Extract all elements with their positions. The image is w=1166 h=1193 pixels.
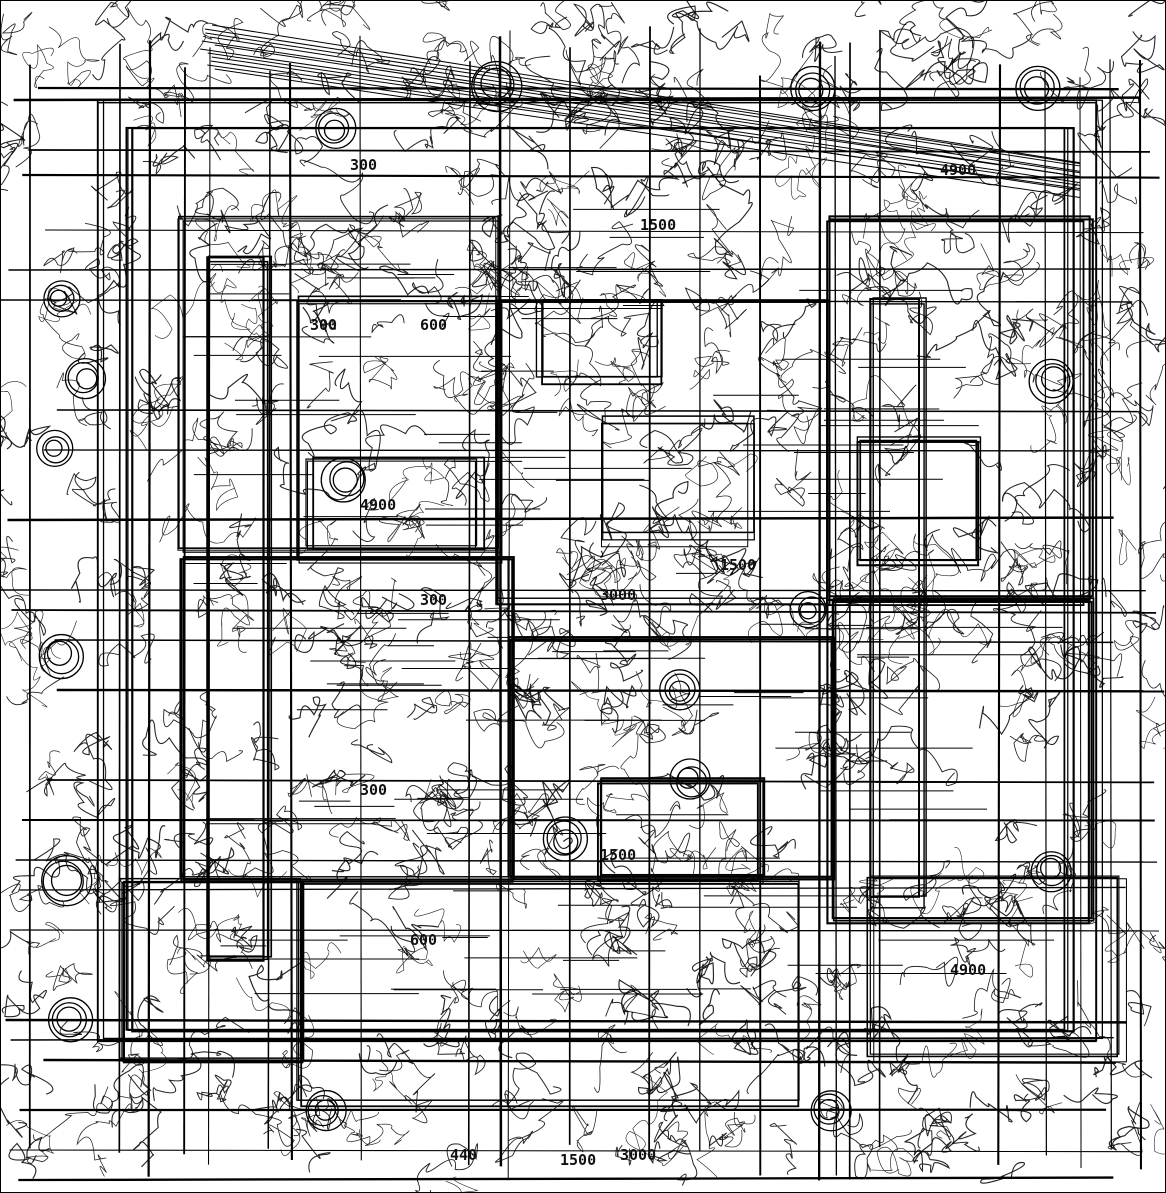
dimension-label: 1500 <box>600 846 636 864</box>
dimension-label: 4900 <box>950 961 986 979</box>
dimension-label: 440 <box>450 1146 477 1164</box>
dimension-label: 3000 <box>600 586 636 604</box>
dimension-label: 300 <box>360 781 387 799</box>
dimension-label: 300 <box>310 316 337 334</box>
overlaid-floor-plans: 3001500490030060030001500300490044015003… <box>0 0 1166 1193</box>
dimension-label: 300 <box>420 591 447 609</box>
dimension-label: 3000 <box>620 1146 656 1164</box>
dimension-label: 600 <box>410 931 437 949</box>
dimension-label: 1500 <box>560 1151 596 1169</box>
dimension-label: 4900 <box>360 496 396 514</box>
dimension-label: 1500 <box>640 216 676 234</box>
dimension-label: 4900 <box>940 161 976 179</box>
dimension-label: 600 <box>420 316 447 334</box>
dimension-label: 300 <box>350 156 377 174</box>
plan-drawing-canvas: 3001500490030060030001500300490044015003… <box>0 0 1166 1193</box>
dimension-label: 1500 <box>720 556 756 574</box>
